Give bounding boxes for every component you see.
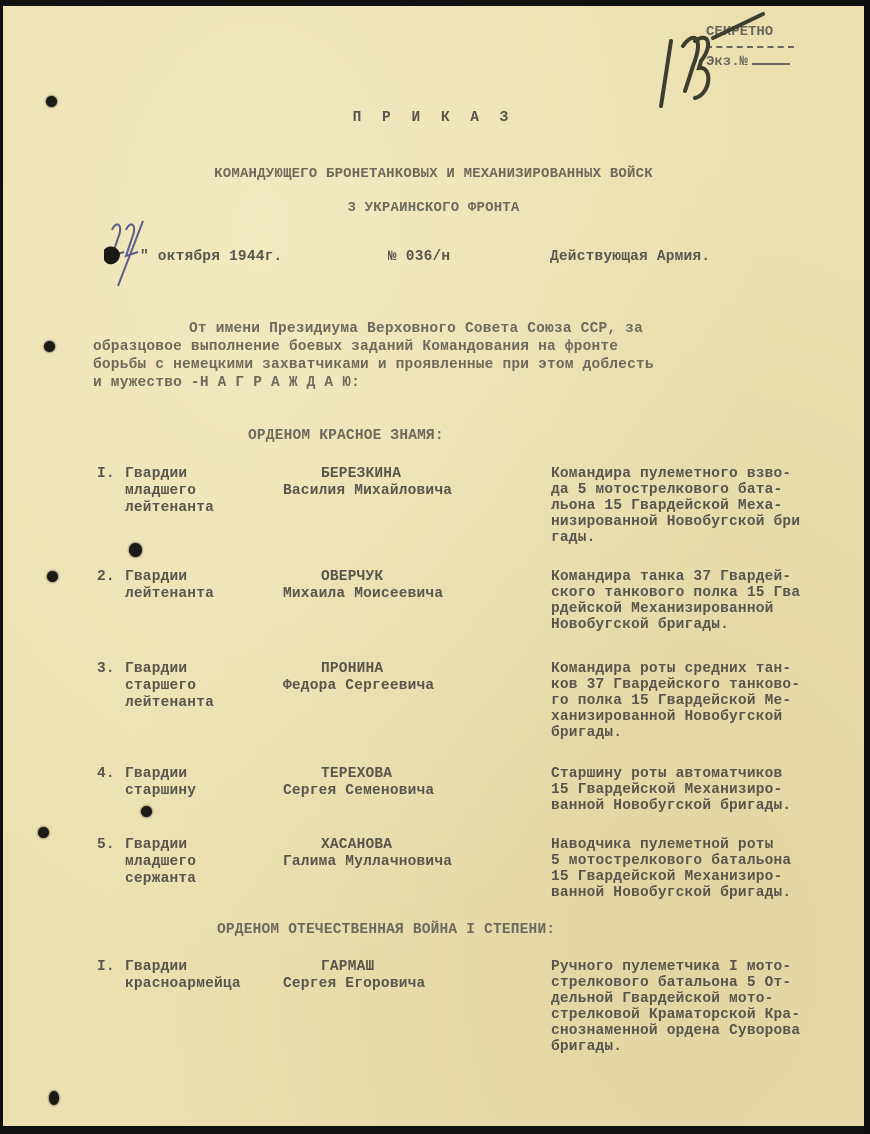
entry-number: 2. [97,569,115,585]
entry-position-line: го полка 15 Гвардейской Ме- [551,693,791,709]
entry-surname: ПРОНИНА [321,661,383,677]
document-title: П Р И К А З [3,110,864,126]
punch-hole-icon [46,96,57,107]
entry-position-line: Новобугской бригады. [551,617,729,633]
entry-position-line: гады. [551,530,596,546]
entry-number: 4. [97,766,115,782]
entry-rank-line: младшего [125,854,196,870]
scan-border [864,0,870,1134]
entry-position-line: Наводчика пулеметной роты [551,837,774,853]
punch-hole-icon [44,341,55,352]
entry-position-line: 15 Гвардейской Механизиро- [551,869,782,885]
order-number: № 036/н [388,249,450,265]
entry-given-name: Галима Муллачновича [283,854,452,870]
entry-position-line: ванной Новобугской бригады. [551,885,791,901]
entry-rank-line: Гвардии [125,959,187,975]
entry-position-line: бригады. [551,725,622,741]
entry-rank-line: Гвардии [125,766,187,782]
entry-number: 3. [97,661,115,677]
preamble-line-3: борьбы с немецкими захватчиками и проявл… [93,357,654,373]
entry-position-line: ского танкового полка 15 Гва [551,585,800,601]
entry-rank-line: старшину [125,783,196,799]
punch-hole-icon [47,571,58,582]
punch-hole-icon [129,543,142,557]
entry-rank-line: Гвардии [125,837,187,853]
preamble-line-2: образцовое выполнение боевых заданий Ком… [93,339,618,355]
entry-position-line: дельной Гвардейской мото- [551,991,774,1007]
punch-hole-icon [38,827,49,838]
entry-rank-line: младшего [125,483,196,499]
entry-position-line: рдейской Механизированной [551,601,774,617]
entry-rank-line: лейтенанта [125,500,214,516]
entry-surname: ТЕРЕХОВА [321,766,392,782]
entry-position-line: 15 Гвардейской Механизиро- [551,782,782,798]
entry-position-line: 5 мотострелкового батальона [551,853,791,869]
entry-position-line: Командира роты средних тан- [551,661,791,677]
entry-given-name: Василия Михайловича [283,483,452,499]
entry-given-name: Михаила Моисеевича [283,586,443,602]
entry-surname: БЕРЕЗКИНА [321,466,401,482]
entry-given-name: Федора Сергеевича [283,678,434,694]
entry-position-line: снознаменной ордена Суворова [551,1023,800,1039]
entry-position-line: Командира танка 37 Гвардей- [551,569,791,585]
document-subtitle-line2: 3 УКРАИНСКОГО ФРОНТА [3,200,864,216]
document-subtitle-line1: КОМАНДУЮЩЕГО БРОНЕТАНКОВЫХ И МЕХАНИЗИРОВ… [3,166,864,182]
punch-hole-icon [49,1091,59,1105]
entry-position-line: Ручного пулеметчика I мото- [551,959,791,975]
entry-position-line: ханизированной Новобугской [551,709,782,725]
entry-rank-line: лейтенанта [125,695,214,711]
entry-surname: ОВЕРЧУК [321,569,383,585]
entry-position-line: стрелкового батальона 5 От- [551,975,791,991]
entry-position-line: стрелковой Краматорской Кра- [551,1007,800,1023]
entry-position-line: ванной Новобугской бригады. [551,798,791,814]
entry-number: I. [97,959,115,975]
punch-hole-icon [141,806,152,817]
entry-position-line: Командира пулеметного взво- [551,466,791,482]
entry-rank-line: лейтенанта [125,586,214,602]
entry-position-line: да 5 мотострелкового бата- [551,482,782,498]
order-date: " октября 1944г. [140,249,282,265]
preamble-line-4: и мужество -Н А Г Р А Ж Д А Ю: [93,375,360,391]
preamble-line-1: От имени Президиума Верховного Совета Со… [189,321,643,337]
entry-rank-line: Гвардии [125,661,187,677]
entry-surname: ГАРМАШ [321,959,374,975]
document-page: СЕКРЕТНО Экз.№ П Р И К А З КОМАНДУЮЩЕГО … [3,6,864,1126]
section-heading-red-banner: ОРДЕНОМ КРАСНОЕ ЗНАМЯ: [248,428,444,444]
entry-position-line: низированной Новобугской бри [551,514,800,530]
entry-surname: ХАСАНОВА [321,837,392,853]
entry-rank-line: старшего [125,678,196,694]
entry-rank-line: Гвардии [125,466,187,482]
entry-given-name: Сергея Семеновича [283,783,434,799]
handwritten-number-icon [653,6,773,116]
entry-number: 5. [97,837,115,853]
order-location: Действующая Армия. [550,249,710,265]
entry-rank-line: красноармейца [125,976,241,992]
entry-position-line: бригады. [551,1039,622,1055]
entry-position-line: Старшину роты автоматчиков [551,766,782,782]
section-heading-patriotic-war: ОРДЕНОМ ОТЕЧЕСТВЕННАЯ ВОЙНА I СТЕПЕНИ: [217,922,555,938]
entry-given-name: Сергея Егоровича [283,976,425,992]
entry-rank-line: сержанта [125,871,196,887]
entry-rank-line: Гвардии [125,569,187,585]
entry-number: I. [97,466,115,482]
entry-position-line: ков 37 Гвардейского танково- [551,677,800,693]
entry-position-line: льона 15 Гвардейской Меха- [551,498,782,514]
